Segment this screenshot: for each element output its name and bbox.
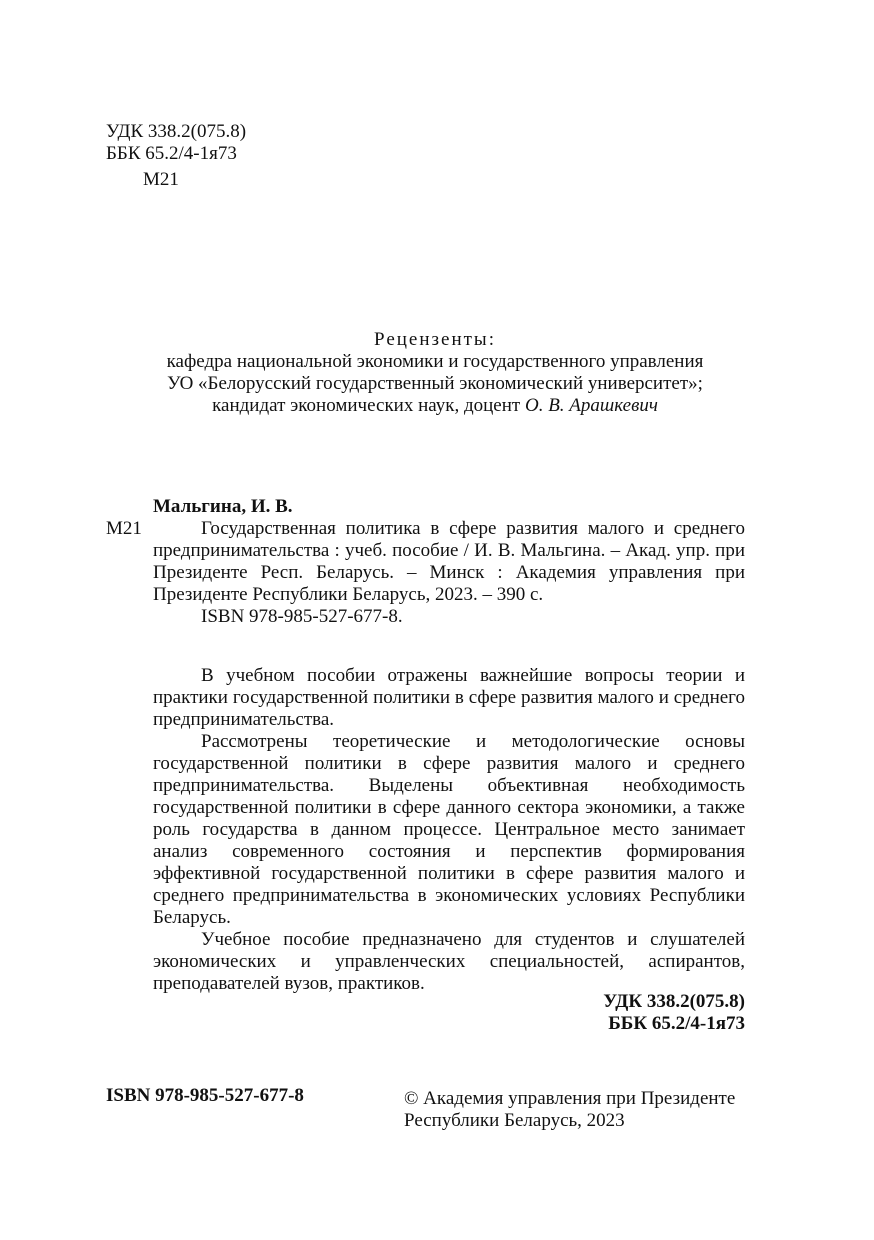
reviewer-line-2: УО «Белорусский государственный экономич… [130,373,740,395]
isbn: ISBN 978-985-527-677-8 [106,1085,304,1107]
footer-classification-codes: УДК 338.2(075.8) ББК 65.2/4-1я73 [603,991,745,1035]
annotation-paragraph: Рассмотрены теоретические и методологиче… [153,731,745,929]
reviewers-block: Рецензенты: кафедра национальной экономи… [130,329,740,417]
copyright-line-1: © Академия управления при Президенте [404,1088,735,1110]
author-mark: М21 [143,169,179,191]
annotation: В учебном пособии отражены важнейшие воп… [153,665,745,995]
copyright: © Академия управления при Президенте Рес… [404,1088,735,1132]
book-isbn: ISBN 978-985-527-677-8. [153,606,745,628]
reviewer-name: О. В. Арашкевич [525,395,658,416]
reviewer-line-1: кафедра национальной экономики и государ… [130,351,740,373]
annotation-paragraph: В учебном пособии отражены важнейшие воп… [153,665,745,731]
classification-codes: УДК 338.2(075.8) ББК 65.2/4-1я73 [106,121,246,165]
footer-bbk-code: ББК 65.2/4-1я73 [603,1013,745,1035]
bibliographic-record: Мальгина, И. В. Государственная политика… [153,496,745,628]
annotation-paragraph: Учебное пособие предназначено для студен… [153,929,745,995]
reviewers-title: Рецензенты: [130,329,740,351]
book-author: Мальгина, И. В. [153,496,745,518]
bbk-code: ББК 65.2/4-1я73 [106,143,246,165]
footer-udk-code: УДК 338.2(075.8) [603,991,745,1013]
book-description: Государственная политика в сфере развити… [153,518,745,606]
copyright-line-2: Республики Беларусь, 2023 [404,1110,735,1132]
reviewer-title: кандидат экономических наук, доцент [212,395,525,416]
reviewer-line-3: кандидат экономических наук, доцент О. В… [130,395,740,417]
bib-author-mark: М21 [106,518,142,540]
udk-code: УДК 338.2(075.8) [106,121,246,143]
